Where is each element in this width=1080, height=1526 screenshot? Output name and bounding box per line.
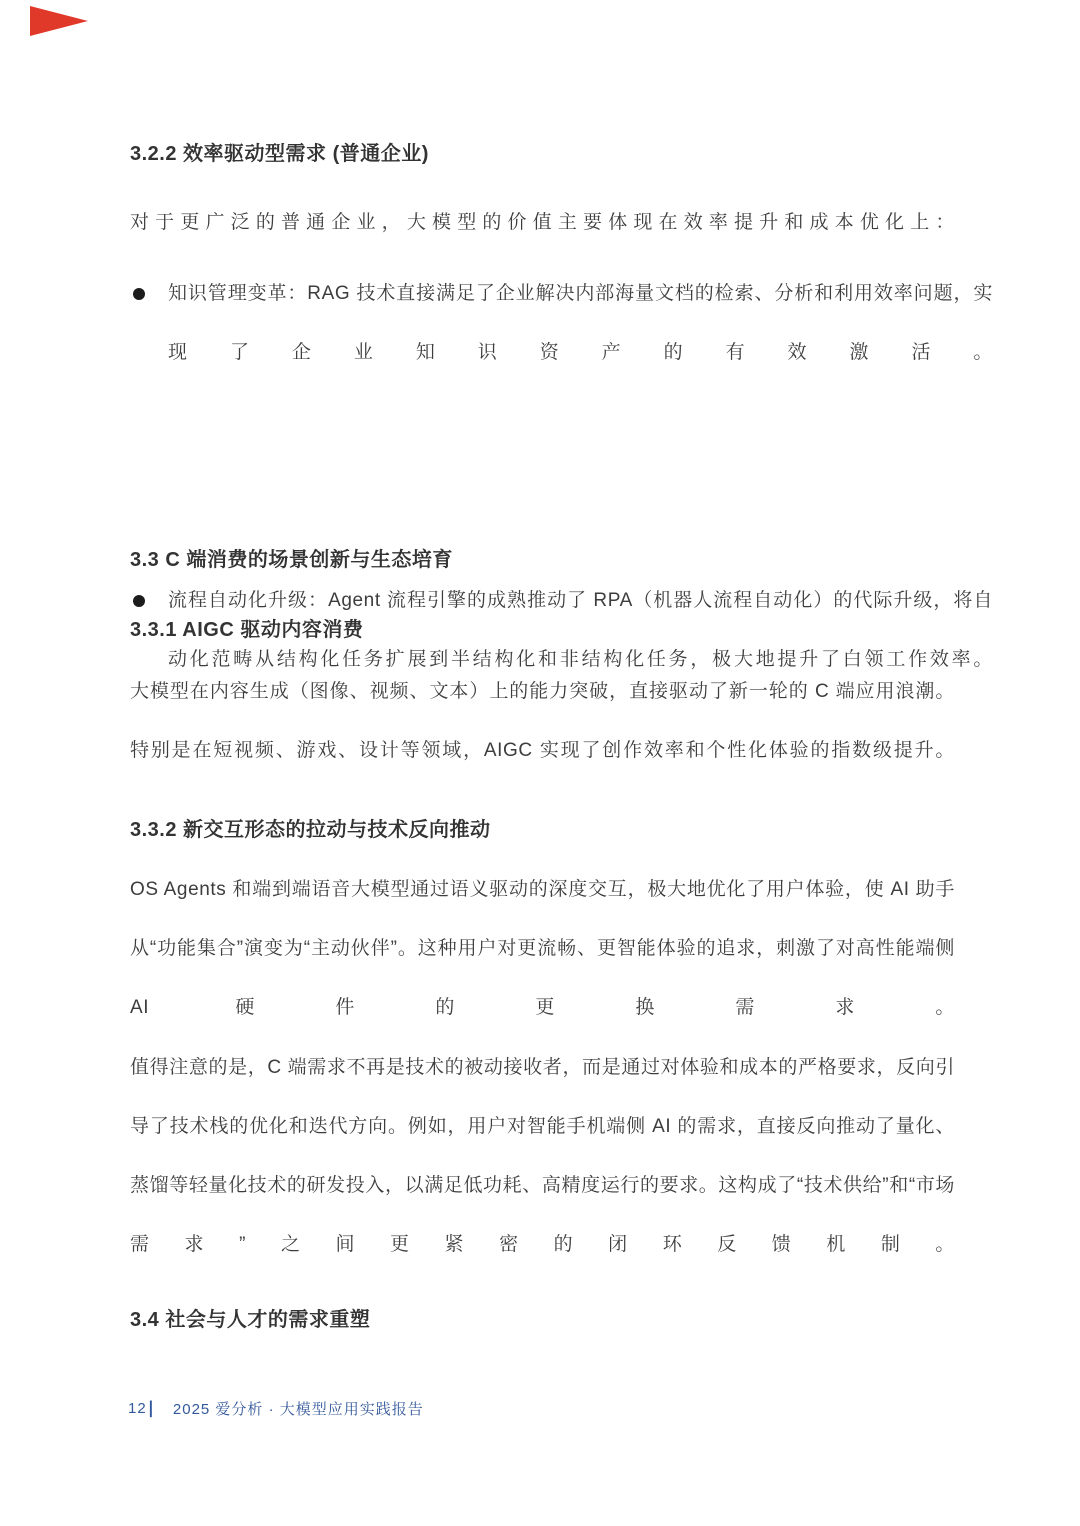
list-item-knowledge-management: 知识管理变革：RAG 技术直接满足了企业解决内部海量文档的检索、分析和利用效率问… [130,264,993,441]
footer-report-title: 2025 爱分析 · 大模型应用实践报告 [173,1398,424,1419]
list-item-text: 知识管理变革：RAG 技术直接满足了企业解决内部海量文档的检索、分析和利用效率问… [168,283,993,363]
bullet-icon [133,595,145,607]
section-heading-3-2-2: 3.2.2 效率驱动型需求 (普通企业) [130,140,955,168]
section-heading-3-4: 3.4 社会与人才的需求重塑 [130,1306,955,1334]
page-footer: 12 | 2025 爱分析 · 大模型应用实践报告 [128,1398,424,1419]
section-heading-3-3-2: 3.3.2 新交互形态的拉动与技术反向推动 [130,816,955,844]
report-page: { "decorations": { "corner_triangle_colo… [0,0,1080,1526]
paragraph-aigc-content: 大模型在内容生成（图像、视频、文本）上的能力突破，直接驱动了新一轮的 C 端应用… [130,662,955,839]
page-number: 12 [128,1400,147,1417]
bullet-icon [133,288,145,300]
section-heading-3-3-1: 3.3.1 AIGC 驱动内容消费 [130,616,955,644]
footer-separator: | [149,1399,153,1419]
corner-triangle-decoration [30,6,88,36]
paragraph-c-side-demand: 值得注意的是，C 端需求不再是技术的被动接收者，而是通过对体验和成本的严格要求，… [130,1038,955,1333]
section-heading-3-3: 3.3 C 端消费的场景创新与生态培育 [130,546,955,574]
